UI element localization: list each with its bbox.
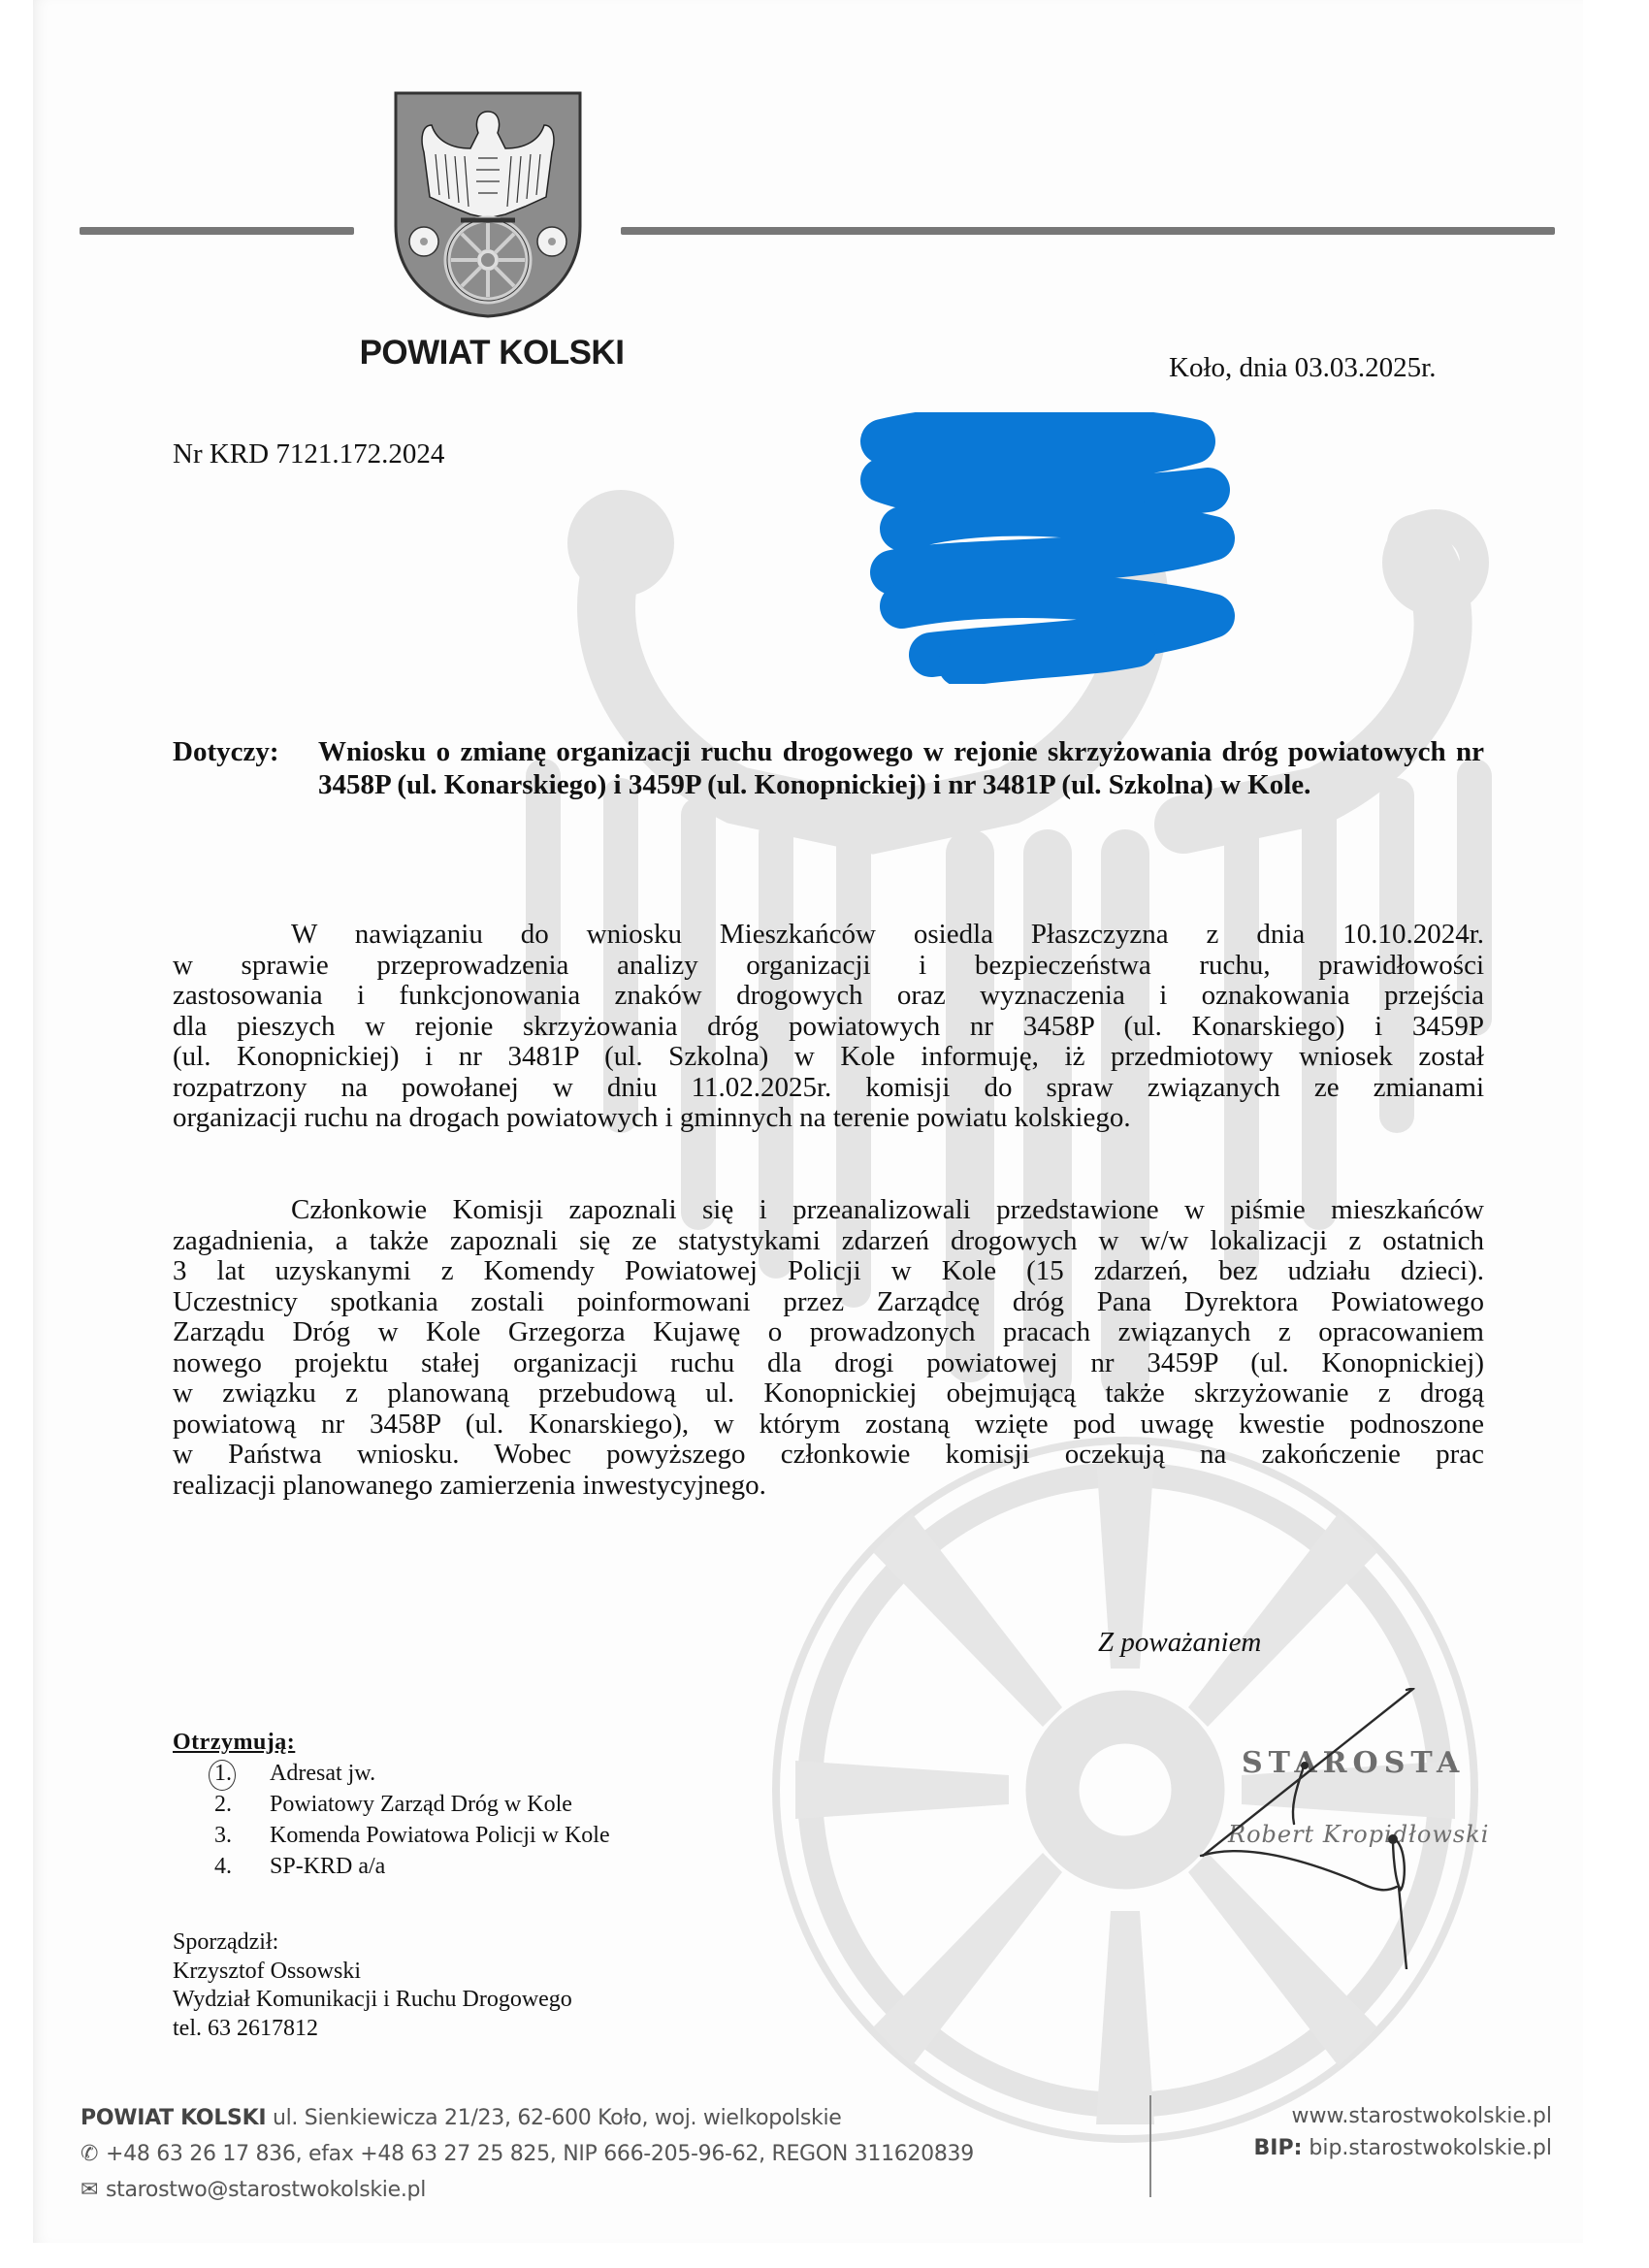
recipient-item: 3. Komenda Powiatowa Policji w Kole [173,1820,610,1851]
phone-icon: ✆ [81,2136,106,2172]
subject-text: Wniosku o zmianę organizacji ruchu drogo… [318,735,1484,801]
footer-website[interactable]: www.starostwokolskie.pl [1253,2100,1552,2132]
footer-contact-line: ✆+48 63 26 17 836, efax +48 63 27 25 825… [81,2136,974,2172]
body-line: rozpatrzony na powołanej w dniu 11.02.20… [173,1073,1484,1104]
reference-number: Nr KRD 7121.172.2024 [173,438,444,470]
body-line: W nawiązaniu do wniosku Mieszkańców osie… [173,920,1484,951]
footer-divider [1149,2095,1151,2197]
footer-email-line: ✉starostwo@starostwokolskie.pl [81,2172,974,2208]
footer-bip-line: BIP: bip.starostwokolskie.pl [1253,2132,1552,2164]
body-line: organizacji ruchu na drogach powiatowych… [173,1103,1484,1134]
footer-address: ul. Sienkiewicza 21/23, 62-600 Koło, woj… [273,2106,842,2130]
body-line: Członkowie Komisji zapoznali się i przea… [173,1195,1484,1226]
body-line: 3 lat uzyskanymi z Komendy Powiatowej Po… [173,1256,1484,1287]
recipients-list: Otrzymują: 1. Adresat jw. 2. Powiatowy Z… [173,1727,610,1882]
body-line: realizacji planowanego zamierzenia inwes… [173,1471,1484,1502]
footer-contact: POWIAT KOLSKI ul. Sienkiewicza 21/23, 62… [81,2100,974,2208]
author-name: Krzysztof Ossowski [173,1958,572,1987]
body-line: Uczestnicy spotkania zostali poinformowa… [173,1287,1484,1318]
body-line: dla pieszych w rejonie skrzyżowania dróg… [173,1012,1484,1043]
prepared-by-label: Sporządził: [173,1928,572,1958]
footer-bip[interactable]: bip.starostwokolskie.pl [1309,2136,1552,2160]
subject: Dotyczy: Wniosku o zmianę organizacji ru… [173,735,1484,801]
body-line: zastosowania i funkcjonowania znaków dro… [173,981,1484,1012]
coat-of-arms-icon [393,90,583,319]
envelope-icon: ✉ [81,2172,106,2208]
recipients-header: Otrzymują: [173,1727,610,1758]
body-line: w związku z planowaną przebudową ul. Kon… [173,1378,1484,1409]
handwritten-signature-icon [1164,1688,1513,1969]
footer-brand: POWIAT KOLSKI [81,2106,266,2130]
header-rule-left [80,227,354,235]
recipient-item: 2. Powiatowy Zarząd Dróg w Kole [173,1789,610,1820]
author-department: Wydział Komunikacji i Ruchu Drogowego [173,1986,572,2015]
bip-label: BIP: [1253,2136,1302,2160]
footer-address-line: POWIAT KOLSKI ul. Sienkiewicza 21/23, 62… [81,2100,974,2136]
footer-links: www.starostwokolskie.pl BIP: bip.starost… [1253,2100,1552,2164]
redacted-addressee [844,412,1251,684]
subject-label: Dotyczy: [173,735,279,768]
footer-email[interactable]: starostwo@starostwokolskie.pl [106,2178,426,2202]
author-phone: tel. 63 2617812 [173,2015,572,2044]
prepared-by: Sporządził: Krzysztof Ossowski Wydział K… [173,1928,572,2043]
place-and-date: Koło, dnia 03.03.2025r. [1169,352,1437,384]
closing-greeting: Z poważaniem [1098,1627,1261,1659]
recipient-item: 1. Adresat jw. [173,1758,610,1789]
body-paragraph-1: W nawiązaniu do wniosku Mieszkańców osie… [173,920,1484,1134]
recipient-item: 4. SP-KRD a/a [173,1851,610,1882]
body-line: w sprawie przeprowadzenia analizy organi… [173,951,1484,982]
footer-phones: +48 63 26 17 836, efax +48 63 27 25 825,… [106,2142,974,2166]
brand-name: POWIAT KOLSKI [351,334,632,373]
body-line: powiatową nr 3458P (ul. Konarskiego), w … [173,1409,1484,1441]
body-line: (ul. Konopnickiej) i nr 3481P (ul. Szkol… [173,1042,1484,1073]
body-line: nowego projektu stałej organizacji ruchu… [173,1348,1484,1379]
body-paragraph-2: Członkowie Komisji zapoznali się i przea… [173,1195,1484,1501]
body-line: zagadnienia, a także zapoznali się ze st… [173,1226,1484,1257]
body-line: w Państwa wniosku. Wobec powyższego czło… [173,1440,1484,1471]
body-line: Zarządu Dróg w Kole Grzegorza Kujawę o p… [173,1317,1484,1348]
header-rule-right [621,227,1555,235]
